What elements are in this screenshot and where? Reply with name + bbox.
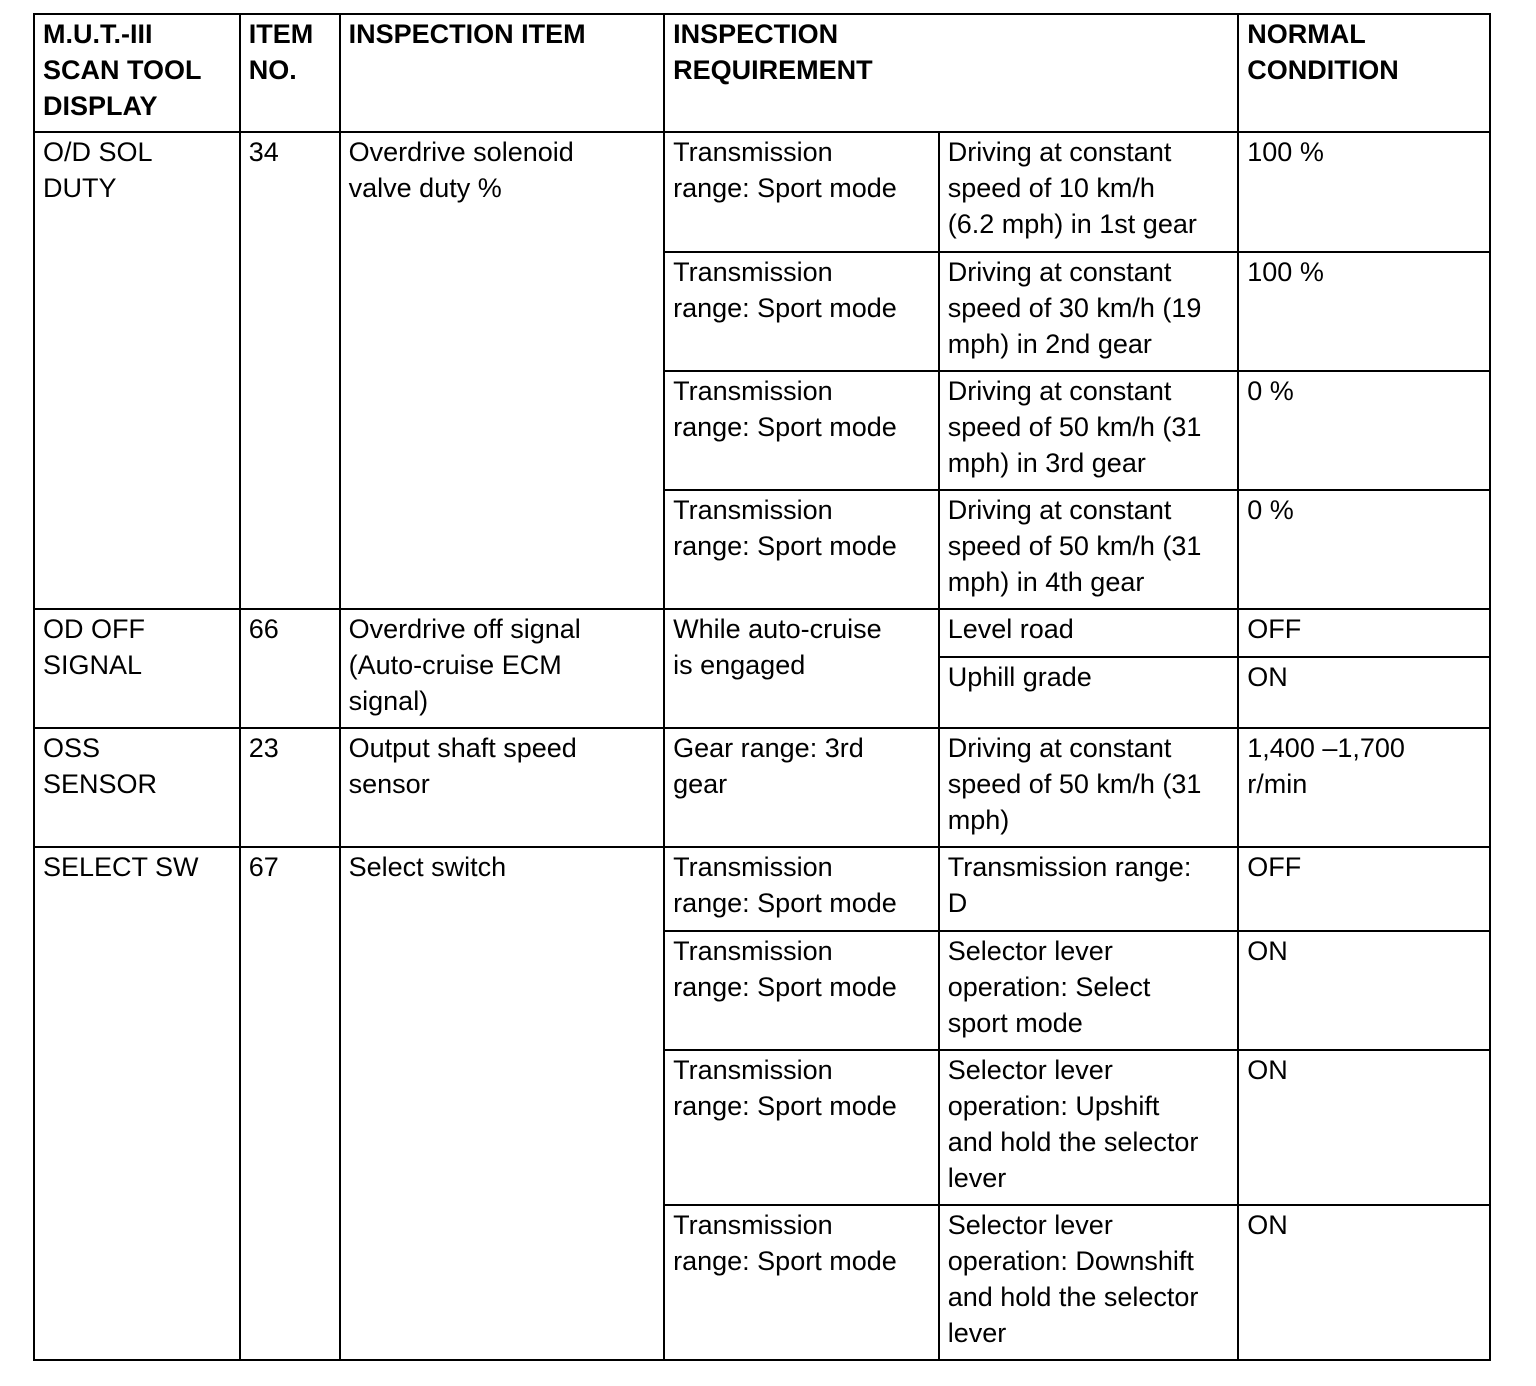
item-no-cell: 66 (240, 609, 340, 728)
inspection-table: M.U.T.-III SCAN TOOL DISPLAY ITEM NO. IN… (33, 13, 1491, 1361)
normal-cell: 100 % (1238, 252, 1490, 371)
item-cell: Select switch (340, 847, 664, 1360)
display-cell: SELECT SW (34, 847, 240, 1360)
normal-cell: ON (1238, 1050, 1490, 1205)
item-no-cell: 67 (240, 847, 340, 1360)
normal-cell: 0 % (1238, 490, 1490, 609)
condition-cell: Driving at constant speed of 10 km/h (6.… (939, 132, 1239, 252)
table-row: OD OFF SIGNAL 66 Overdrive off signal (A… (34, 609, 1490, 657)
item-cell: Overdrive solenoid valve duty % (340, 132, 664, 609)
requirement-cell: While auto-cruise is engaged (664, 609, 939, 728)
table-row: O/D SOL DUTY 34 Overdrive solenoid valve… (34, 132, 1490, 252)
normal-cell: ON (1238, 931, 1490, 1050)
header-display: M.U.T.-III SCAN TOOL DISPLAY (34, 14, 240, 132)
requirement-cell: Transmission range: Sport mode (664, 931, 939, 1050)
requirement-cell: Transmission range: Sport mode (664, 132, 939, 252)
table-row: OSS SENSOR 23 Output shaft speed sensor … (34, 728, 1490, 847)
header-row: M.U.T.-III SCAN TOOL DISPLAY ITEM NO. IN… (34, 14, 1490, 132)
display-cell: OD OFF SIGNAL (34, 609, 240, 728)
condition-cell: Driving at constant speed of 50 km/h (31… (939, 490, 1239, 609)
header-item: INSPECTION ITEM (340, 14, 664, 132)
requirement-cell: Transmission range: Sport mode (664, 847, 939, 931)
header-normal: NORMAL CONDITION (1238, 14, 1490, 132)
normal-cell: 0 % (1238, 371, 1490, 490)
header-item-no: ITEM NO. (240, 14, 340, 132)
header-requirement: INSPECTION REQUIREMENT (664, 14, 1238, 132)
condition-cell: Level road (939, 609, 1239, 657)
item-cell: Overdrive off signal (Auto-cruise ECM si… (340, 609, 664, 728)
normal-cell: ON (1238, 657, 1490, 728)
condition-cell: Transmission range: D (939, 847, 1239, 931)
requirement-cell: Transmission range: Sport mode (664, 1050, 939, 1205)
normal-cell: ON (1238, 1205, 1490, 1360)
requirement-cell: Transmission range: Sport mode (664, 252, 939, 371)
item-no-cell: 34 (240, 132, 340, 609)
condition-cell: Driving at constant speed of 30 km/h (19… (939, 252, 1239, 371)
normal-cell: OFF (1238, 609, 1490, 657)
display-cell: O/D SOL DUTY (34, 132, 240, 609)
normal-cell: 100 % (1238, 132, 1490, 252)
condition-cell: Uphill grade (939, 657, 1239, 728)
display-cell: OSS SENSOR (34, 728, 240, 847)
requirement-cell: Transmission range: Sport mode (664, 490, 939, 609)
table-row: SELECT SW 67 Select switch Transmission … (34, 847, 1490, 931)
condition-cell: Selector lever operation: Downshift and … (939, 1205, 1239, 1360)
requirement-cell: Gear range: 3rd gear (664, 728, 939, 847)
condition-cell: Selector lever operation: Upshift and ho… (939, 1050, 1239, 1205)
condition-cell: Selector lever operation: Select sport m… (939, 931, 1239, 1050)
item-no-cell: 23 (240, 728, 340, 847)
normal-cell: 1,400 –1,700 r/min (1238, 728, 1490, 847)
item-cell: Output shaft speed sensor (340, 728, 664, 847)
normal-cell: OFF (1238, 847, 1490, 931)
requirement-cell: Transmission range: Sport mode (664, 1205, 939, 1360)
condition-cell: Driving at constant speed of 50 km/h (31… (939, 728, 1239, 847)
condition-cell: Driving at constant speed of 50 km/h (31… (939, 371, 1239, 490)
requirement-cell: Transmission range: Sport mode (664, 371, 939, 490)
